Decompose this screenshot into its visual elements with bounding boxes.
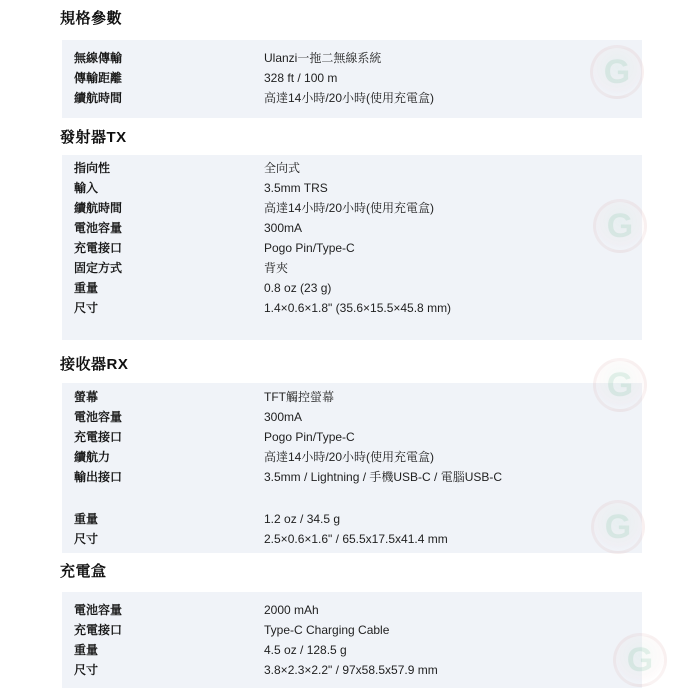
spec-value: Pogo Pin/Type-C	[264, 427, 355, 447]
spec-label: 輸入	[74, 178, 259, 198]
spec-row: 續航時間 高達14小時/20小時(使用充電盒)	[62, 88, 642, 108]
spec-value: 2.5×0.6×1.6" / 65.5x17.5x41.4 mm	[264, 529, 448, 549]
spec-row: 充電接口 Type-C Charging Cable	[62, 620, 642, 640]
spec-value: 2000 mAh	[264, 600, 319, 620]
spec-label: 尺寸	[74, 660, 259, 680]
spec-row: 固定方式 背夾	[62, 258, 642, 278]
spec-row: 充電接口 Pogo Pin/Type-C	[62, 427, 642, 447]
spec-label: 續航力	[74, 447, 259, 467]
spec-value: Pogo Pin/Type-C	[264, 238, 355, 258]
spec-value: 1.2 oz / 34.5 g	[264, 509, 340, 529]
spec-value: 328 ft / 100 m	[264, 68, 337, 88]
spec-label: 電池容量	[74, 407, 259, 427]
spec-row: 輸入 3.5mm TRS	[62, 178, 642, 198]
spec-row: 充電接口 Pogo Pin/Type-C	[62, 238, 642, 258]
spec-value: Ulanzi一拖二無線系統	[264, 48, 381, 68]
spec-value: 高達14小時/20小時(使用充電盒)	[264, 88, 434, 108]
spec-label: 充電接口	[74, 427, 259, 447]
spec-row: 重量 4.5 oz / 128.5 g	[62, 640, 642, 660]
spec-row: 尺寸 2.5×0.6×1.6" / 65.5x17.5x41.4 mm	[62, 529, 642, 549]
spec-value: 1.4×0.6×1.8" (35.6×15.5×45.8 mm)	[264, 298, 451, 318]
section-title-specs: 規格參數	[60, 8, 122, 30]
spec-value: 4.5 oz / 128.5 g	[264, 640, 347, 660]
spec-row: 指向性 全向式	[62, 158, 642, 178]
spec-label: 尺寸	[74, 529, 259, 549]
spec-row: 電池容量 2000 mAh	[62, 600, 642, 620]
spec-row: 傳輸距離 328 ft / 100 m	[62, 68, 642, 88]
spec-value: 全向式	[264, 158, 300, 178]
spec-table-general: 無線傳輸 Ulanzi一拖二無線系統 傳輸距離 328 ft / 100 m 續…	[62, 40, 642, 118]
spec-label: 無線傳輸	[74, 48, 259, 68]
spec-label: 尺寸	[74, 298, 259, 318]
spec-value: 高達14小時/20小時(使用充電盒)	[264, 447, 434, 467]
section-title-receiver: 接收器RX	[60, 354, 128, 376]
spec-value: 3.8×2.3×2.2" / 97x58.5x57.9 mm	[264, 660, 438, 680]
spec-label: 重量	[74, 509, 259, 529]
spec-table-transmitter: 指向性 全向式 輸入 3.5mm TRS 續航時間 高達14小時/20小時(使用…	[62, 155, 642, 340]
spec-label: 續航時間	[74, 198, 259, 218]
spec-value: 300mA	[264, 407, 302, 427]
spec-value: 高達14小時/20小時(使用充電盒)	[264, 198, 434, 218]
spec-label: 螢幕	[74, 387, 259, 407]
spec-row: 輸出接口 3.5mm / Lightning / 手機USB-C / 電腦USB…	[62, 467, 642, 487]
spec-label: 重量	[74, 278, 259, 298]
spec-value: TFT觸控螢幕	[264, 387, 334, 407]
spec-label: 固定方式	[74, 258, 259, 278]
spec-label: 傳輸距離	[74, 68, 259, 88]
spec-value: Type-C Charging Cable	[264, 620, 389, 640]
spec-sheet-page: 規格參數 無線傳輸 Ulanzi一拖二無線系統 傳輸距離 328 ft / 10…	[0, 0, 700, 700]
spec-label: 輸出接口	[74, 467, 259, 487]
spec-label: 指向性	[74, 158, 259, 178]
spec-row: 尺寸 1.4×0.6×1.8" (35.6×15.5×45.8 mm)	[62, 298, 642, 318]
section-title-charging-case: 充電盒	[60, 561, 107, 583]
spec-label: 電池容量	[74, 600, 259, 620]
spec-row: 無線傳輸 Ulanzi一拖二無線系統	[62, 48, 642, 68]
spec-row: 續航時間 高達14小時/20小時(使用充電盒)	[62, 198, 642, 218]
spec-row: 電池容量 300mA	[62, 218, 642, 238]
spec-label: 電池容量	[74, 218, 259, 238]
spec-value: 3.5mm / Lightning / 手機USB-C / 電腦USB-C	[264, 467, 502, 487]
spec-value: 背夾	[264, 258, 288, 278]
spec-row: 續航力 高達14小時/20小時(使用充電盒)	[62, 447, 642, 467]
spec-row: 尺寸 3.8×2.3×2.2" / 97x58.5x57.9 mm	[62, 660, 642, 680]
spec-table-charging-case: 電池容量 2000 mAh 充電接口 Type-C Charging Cable…	[62, 592, 642, 688]
spec-label: 續航時間	[74, 88, 259, 108]
spec-label: 充電接口	[74, 620, 259, 640]
section-title-transmitter: 發射器TX	[60, 127, 127, 149]
spec-row: 重量 0.8 oz (23 g)	[62, 278, 642, 298]
spec-value: 0.8 oz (23 g)	[264, 278, 331, 298]
spec-label: 重量	[74, 640, 259, 660]
spec-label: 充電接口	[74, 238, 259, 258]
spec-table-receiver: 螢幕 TFT觸控螢幕 電池容量 300mA 充電接口 Pogo Pin/Type…	[62, 383, 642, 553]
spec-value: 3.5mm TRS	[264, 178, 328, 198]
spec-value: 300mA	[264, 218, 302, 238]
spec-row: 螢幕 TFT觸控螢幕	[62, 387, 642, 407]
spec-row: 電池容量 300mA	[62, 407, 642, 427]
spec-row: 重量 1.2 oz / 34.5 g	[62, 509, 642, 529]
